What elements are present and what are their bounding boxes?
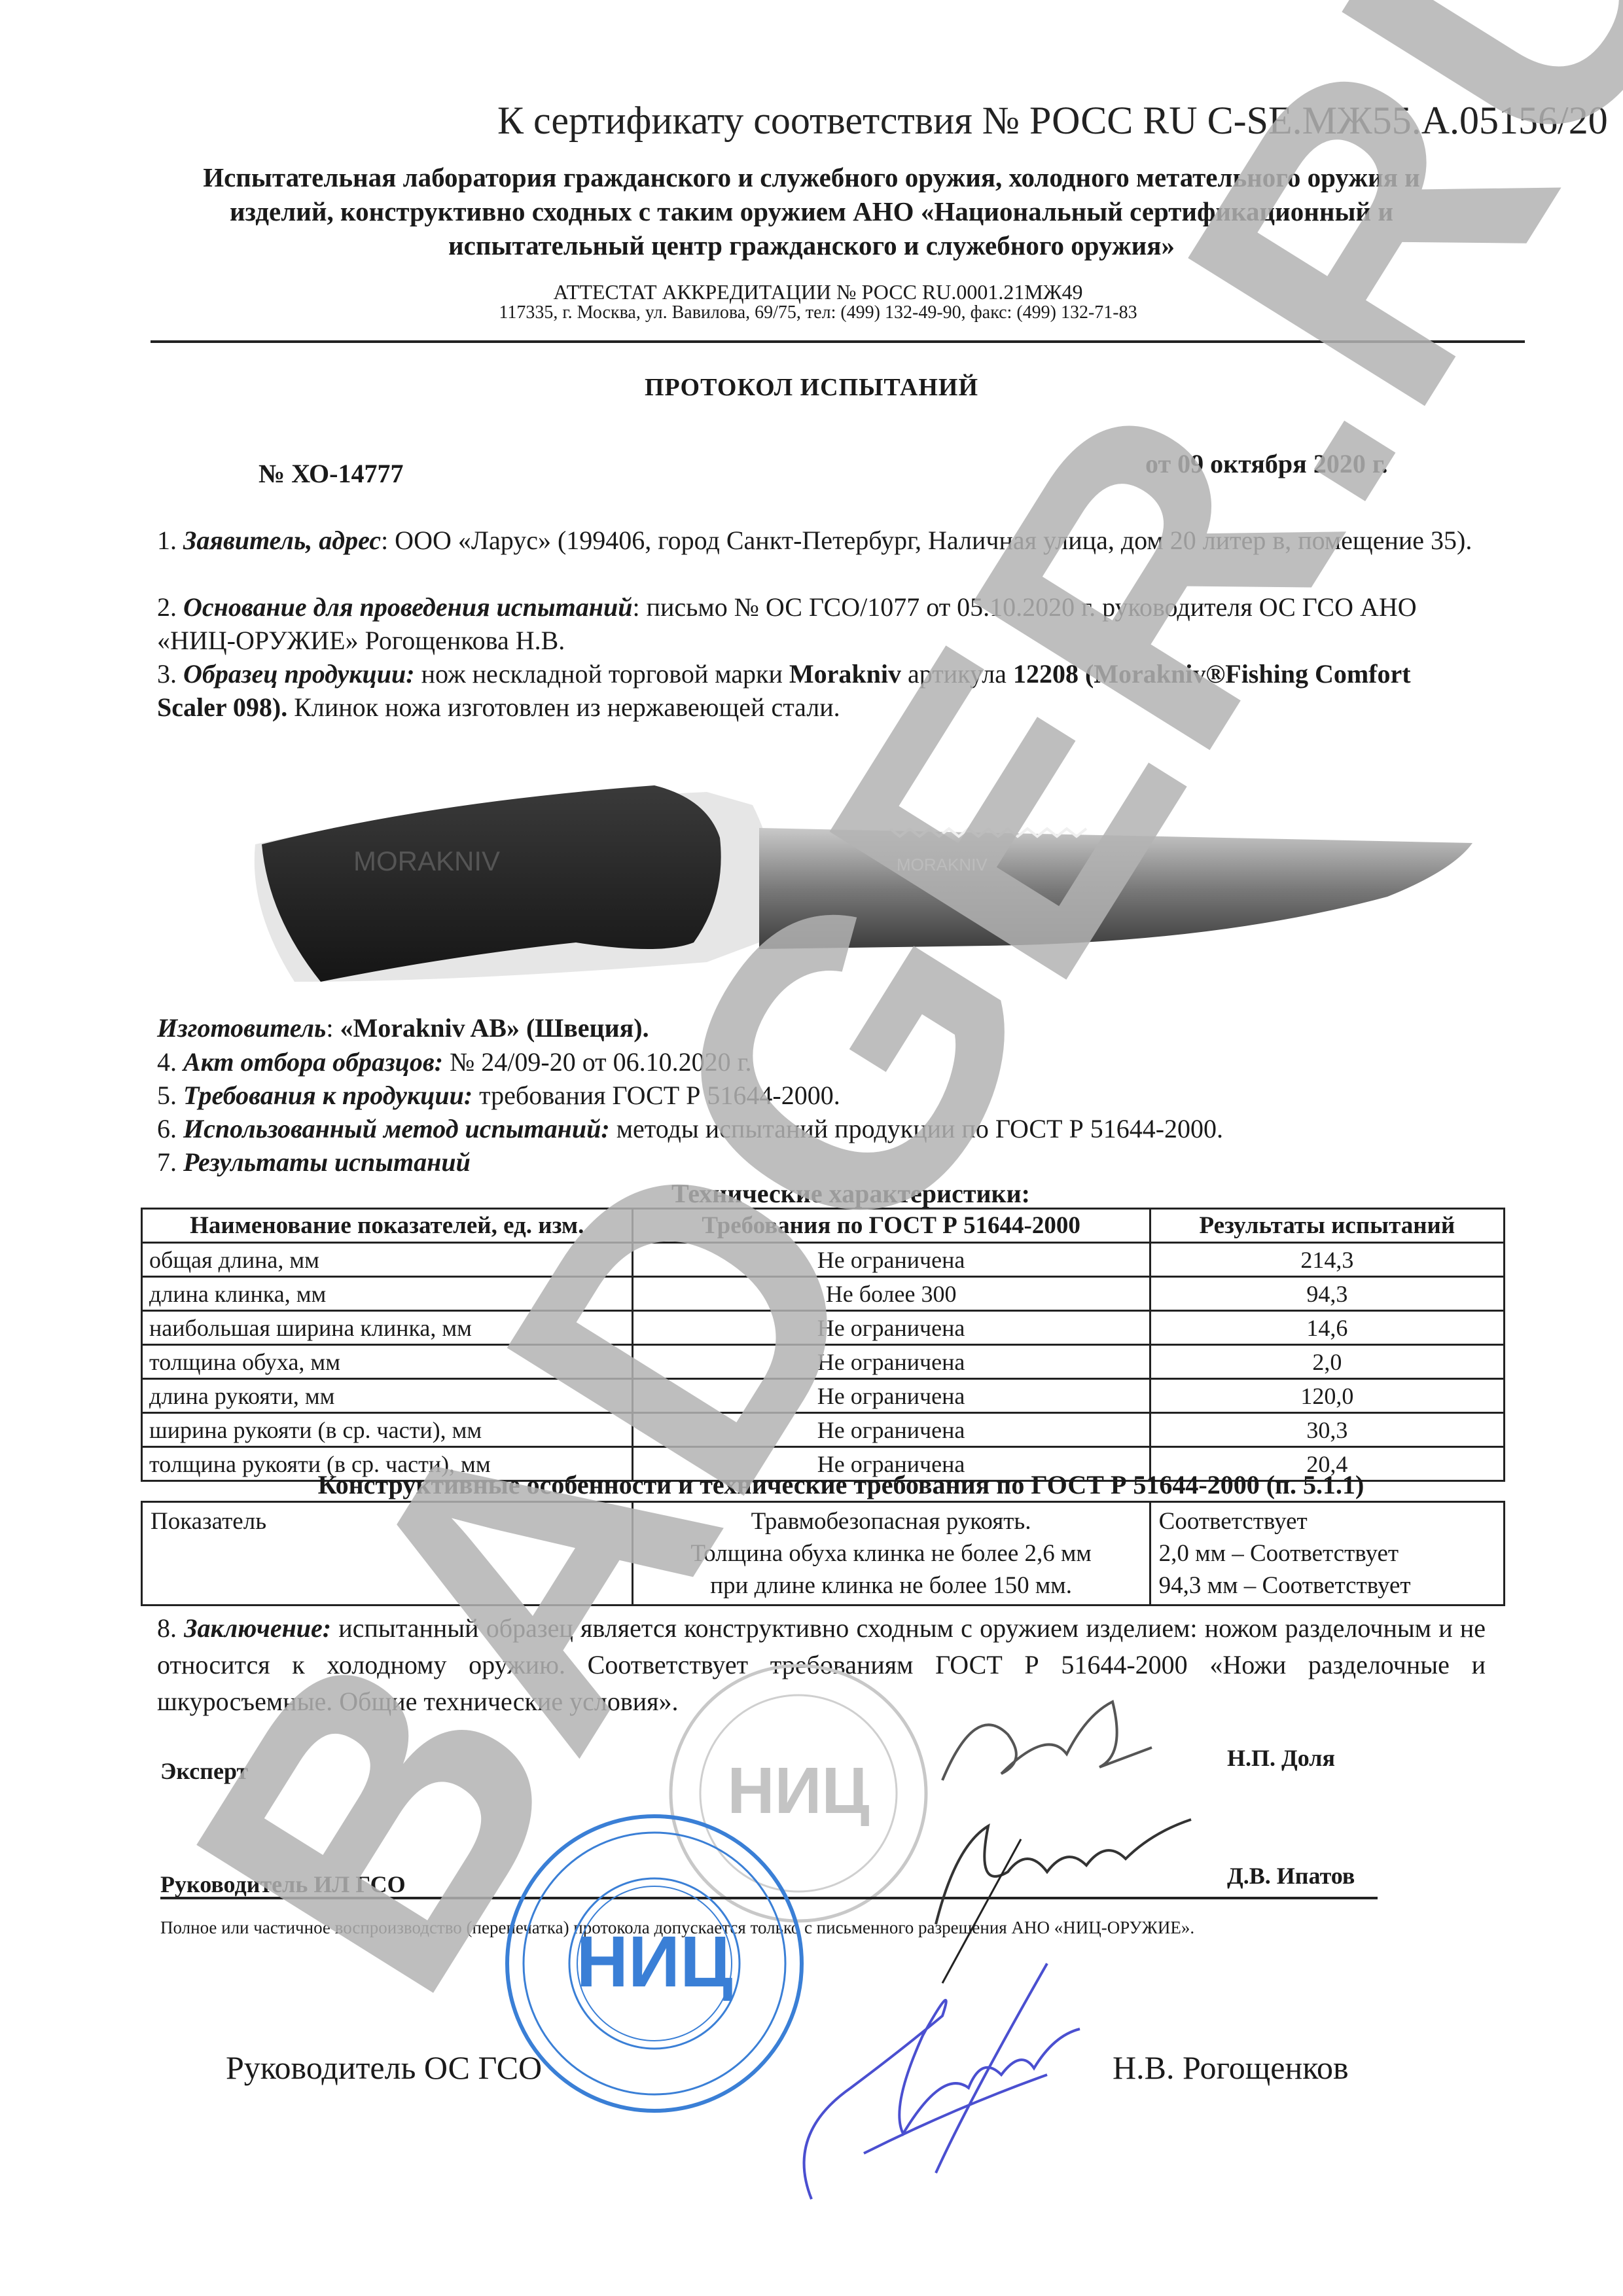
requirements-value: требования ГОСТ Р 51644-2000. xyxy=(473,1081,840,1110)
parameter-cell: длина рукояти, мм xyxy=(142,1379,633,1413)
item-results: 7. Результаты испытаний xyxy=(157,1145,1486,1179)
requirement-cell: Не ограничена xyxy=(632,1311,1150,1345)
method-value: методы испытаний продукции по ГОСТ Р 516… xyxy=(610,1114,1223,1143)
expert-signature xyxy=(916,1676,1257,1990)
table-row: ширина рукояти (в ср. части), ммНе огран… xyxy=(142,1413,1505,1447)
column-header: Результаты испытаний xyxy=(1150,1209,1504,1243)
manufacturer-value: «Morakniv AB» (Швеция). xyxy=(340,1013,649,1043)
result-cell: 2,0 xyxy=(1150,1345,1504,1379)
copyright-notice: Полное или частичное воспроизводство (пе… xyxy=(160,1918,1194,1938)
laboratory-name: Испытательная лаборатория гражданского и… xyxy=(190,160,1433,262)
table-row: Показатель Травмобезопасная рукоять. Тол… xyxy=(142,1502,1505,1605)
item-manufacturer: Изготовитель: «Morakniv AB» (Швеция). xyxy=(157,1011,1486,1045)
os-head-signature xyxy=(772,1937,1139,2225)
table-header-row: Наименование показателей, ед. изм. Требо… xyxy=(142,1209,1505,1243)
requirement-cell: Не ограничена xyxy=(632,1413,1150,1447)
result-cell: 30,3 xyxy=(1150,1413,1504,1447)
table-row: наибольшая ширина клинка, ммНе ограничен… xyxy=(142,1311,1505,1345)
header-divider xyxy=(151,340,1525,343)
item-applicant: 1. Заявитель, адрес: ООО «Ларус» (199406… xyxy=(157,524,1486,557)
lab-address: 117335, г. Москва, ул. Вавилова, 69/75, … xyxy=(196,302,1440,323)
result-cell: 94,3 xyxy=(1150,1277,1504,1311)
item-sample: 3. Образец продукции: нож нескладной тор… xyxy=(157,657,1486,724)
table-row: длина клинка, ммНе более 30094,3 xyxy=(142,1277,1505,1311)
conclusion: 8. Заключение: испытанный образец являет… xyxy=(157,1610,1486,1720)
result-cell: 214,3 xyxy=(1150,1243,1504,1277)
lab-head-name: Д.В. Ипатов xyxy=(1227,1862,1355,1890)
sample-brand: Morakniv xyxy=(789,659,901,689)
sampling-act-label: Акт отбора образцов: xyxy=(183,1047,443,1077)
item-sampling-act: 4. Акт отбора образцов: № 24/09-20 от 06… xyxy=(157,1045,1486,1079)
blue-stamp: НИЦ xyxy=(497,1806,811,2121)
manufacturer-label: Изготовитель xyxy=(157,1013,326,1043)
conclusion-text: испытанный образец является конструктивн… xyxy=(157,1613,1486,1716)
knife-photo: MORAKNIV MORAKNIV xyxy=(236,766,1505,1001)
item-basis: 2. Основание для проведения испытаний: п… xyxy=(157,590,1486,657)
method-label: Использованный метод испытаний: xyxy=(183,1114,610,1143)
sample-label: Образец продукции: xyxy=(183,659,415,689)
result-cell: Соответствует 2,0 мм – Соответствует 94,… xyxy=(1150,1502,1504,1605)
parameter-cell: общая длина, мм xyxy=(142,1243,633,1277)
protocol-number: № ХО-14777 xyxy=(259,458,403,489)
constr-table-caption: Конструктивные особенности и технические… xyxy=(0,1469,1623,1500)
result-cell: 14,6 xyxy=(1150,1311,1504,1345)
os-head-name: Н.В. Рогощенков xyxy=(1113,2049,1349,2087)
applicant-value: : ООО «Ларус» (199406, город Санкт-Петер… xyxy=(381,526,1472,555)
parameter-cell: толщина обуха, мм xyxy=(142,1345,633,1379)
expert-label: Эксперт xyxy=(160,1757,248,1785)
parameter-cell: длина клинка, мм xyxy=(142,1277,633,1311)
lab-head-label: Руководитель ИЛ ГСО xyxy=(160,1871,406,1898)
table-row: длина рукояти, ммНе ограничена120,0 xyxy=(142,1379,1505,1413)
requirements-label: Требования к продукции: xyxy=(183,1081,473,1110)
basis-label: Основание для проведения испытаний xyxy=(183,592,632,622)
requirement-cell: Не более 300 xyxy=(632,1277,1150,1311)
applicant-label: Заявитель, адрес xyxy=(183,526,381,555)
requirement-cell: Травмобезопасная рукоять. Толщина обуха … xyxy=(632,1502,1150,1605)
table-row: общая длина, ммНе ограничена214,3 xyxy=(142,1243,1505,1277)
requirement-cell: Не ограничена xyxy=(632,1243,1150,1277)
construction-table: Показатель Травмобезопасная рукоять. Тол… xyxy=(141,1501,1505,1606)
conclusion-label: Заключение: xyxy=(184,1613,331,1643)
knife-blade xyxy=(759,828,1472,949)
svg-text:MORAKNIV: MORAKNIV xyxy=(897,855,988,874)
column-header: Наименование показателей, ед. изм. xyxy=(142,1209,633,1243)
expert-name: Н.П. Доля xyxy=(1227,1744,1335,1772)
indicator-cell: Показатель xyxy=(142,1502,633,1605)
protocol-date: от 09 октября 2020 г. xyxy=(1145,448,1387,479)
tech-specs-table: Наименование показателей, ед. изм. Требо… xyxy=(141,1208,1505,1482)
parameter-cell: наибольшая ширина клинка, мм xyxy=(142,1311,633,1345)
table-row: толщина обуха, ммНе ограничена2,0 xyxy=(142,1345,1505,1379)
item-method: 6. Использованный метод испытаний: метод… xyxy=(157,1112,1486,1145)
requirement-cell: Не ограничена xyxy=(632,1379,1150,1413)
protocol-title: ПРОТОКОЛ ИСПЫТАНИЙ xyxy=(0,373,1623,402)
signature-divider xyxy=(160,1897,1378,1899)
sampling-act-value: № 24/09-20 от 06.10.2020 г. xyxy=(443,1047,751,1077)
column-header: Требования по ГОСТ Р 51644-2000 xyxy=(632,1209,1150,1243)
parameter-cell: ширина рукояти (в ср. части), мм xyxy=(142,1413,633,1447)
svg-text:НИЦ: НИЦ xyxy=(727,1754,869,1827)
accreditation-attestat: АТТЕСТАТ АККРЕДИТАЦИИ № РОСС RU.0001.21М… xyxy=(196,280,1440,304)
item-requirements: 5. Требования к продукции: требования ГО… xyxy=(157,1079,1486,1112)
requirement-cell: Не ограничена xyxy=(632,1345,1150,1379)
result-cell: 120,0 xyxy=(1150,1379,1504,1413)
results-label: Результаты испытаний xyxy=(183,1147,471,1177)
svg-text:MORAKNIV: MORAKNIV xyxy=(353,846,500,876)
os-head-label: Руководитель ОС ГСО xyxy=(226,2049,542,2087)
tech-table-caption: Технические характеристики: xyxy=(0,1178,1623,1209)
certificate-reference: К сертификату соответствия № РОСС RU C-S… xyxy=(497,98,1608,143)
